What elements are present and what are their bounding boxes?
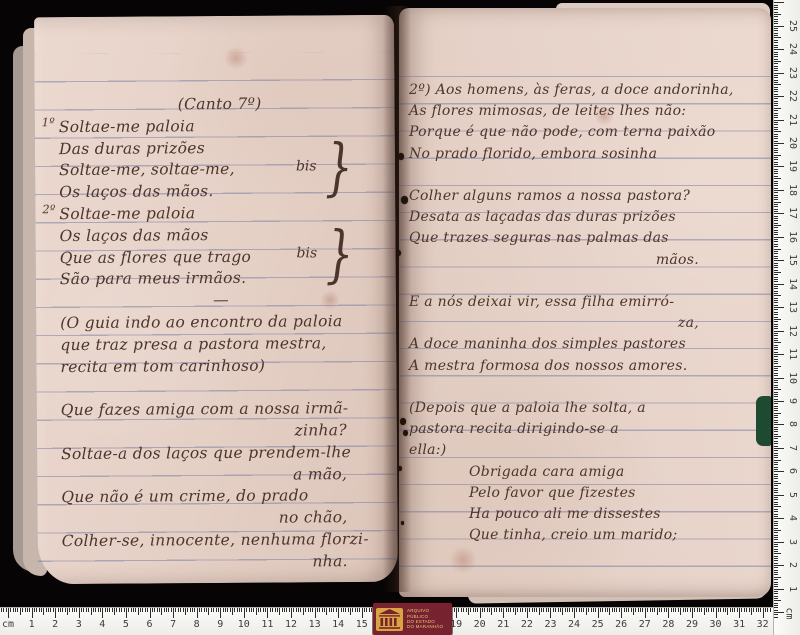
- handwritten-text: mãos.: [656, 252, 699, 268]
- ruler-tick: [774, 103, 778, 104]
- ruler-number: 2: [786, 557, 798, 573]
- ruler-number: 10: [235, 619, 253, 630]
- right-ruler: cm 1234567891011121314151617181920212223…: [773, 0, 800, 635]
- ruler-number: 4: [786, 510, 798, 526]
- ruler-tick: [72, 608, 73, 612]
- ruler-tick: [774, 298, 778, 299]
- ruler-tick: [774, 270, 778, 271]
- handwritten-line: Colher alguns ramos a nossa pastora?: [409, 186, 761, 207]
- ruler-number: 24: [786, 41, 798, 57]
- ruler-tick: [279, 608, 280, 615]
- ruler-tick: [774, 591, 778, 592]
- ruler-tick: [166, 608, 167, 612]
- ruler-tick: [774, 281, 778, 282]
- handwritten-text: (Canto 7º): [178, 95, 262, 114]
- ruler-tick: [206, 608, 207, 612]
- ruler-tick: [487, 608, 488, 612]
- ruler-tick: [774, 605, 778, 606]
- ruler-number: 12: [282, 619, 300, 630]
- ruler-number: 15: [786, 252, 798, 268]
- ruler-tick: [20, 608, 21, 615]
- ruler-tick: [774, 63, 778, 64]
- ruler-tick: [470, 608, 471, 612]
- ruler-tick: [774, 237, 784, 238]
- handwritten-text: que traz presa a pastora mestra,: [60, 334, 326, 354]
- ruler-tick: [774, 157, 778, 158]
- ruler-tick: [774, 399, 778, 400]
- ruler-tick: [468, 608, 469, 615]
- ruler-number: 24: [565, 619, 583, 630]
- ruler-tick: [774, 523, 778, 524]
- ruler-tick: [251, 608, 252, 612]
- ruler-tick: [131, 608, 132, 612]
- ruler-tick: [774, 40, 778, 41]
- ruler-tick: [774, 460, 781, 461]
- ruler-tick: [774, 113, 778, 114]
- ruler-tick: [774, 617, 778, 618]
- ruler-tick: [333, 608, 334, 612]
- ruler-tick: [774, 579, 778, 580]
- ruler-tick: [602, 608, 603, 612]
- ruler-tick: [60, 608, 61, 612]
- handwritten-text: Colher alguns ramos a nossa pastora?: [409, 188, 690, 204]
- ruler-tick: [774, 223, 778, 224]
- ruler-tick: [216, 608, 217, 612]
- ruler-tick: [774, 122, 778, 123]
- ruler-tick: [774, 603, 778, 604]
- ink-blob: [401, 521, 404, 525]
- green-bookmark-edge: [756, 396, 771, 446]
- ruler-tick: [480, 608, 481, 618]
- ruler-tick: [774, 277, 778, 278]
- ruler-number: 32: [754, 619, 772, 630]
- ruler-tick: [774, 45, 778, 46]
- ruler-tick: [774, 443, 778, 444]
- ruler-tick: [774, 495, 784, 496]
- ruler-tick: [774, 593, 778, 594]
- ruler-tick: [282, 608, 283, 612]
- ruler-tick: [774, 319, 781, 320]
- ruler-tick: [774, 12, 778, 13]
- ruler-tick: [609, 608, 610, 615]
- ruler-tick: [774, 49, 784, 50]
- ruler-tick: [22, 608, 23, 612]
- ruler-tick: [331, 608, 332, 612]
- ruler-tick: [135, 608, 136, 612]
- ruler-tick: [232, 608, 233, 615]
- ruler-tick: [17, 608, 18, 612]
- ruler-tick: [98, 608, 99, 612]
- ruler-tick: [774, 105, 778, 106]
- ruler-tick: [668, 608, 669, 618]
- ruler-tick: [774, 584, 778, 585]
- ruler-tick: [246, 608, 247, 612]
- handwritten-text: Soltae-me paloia: [59, 204, 195, 223]
- ruler-tick: [706, 608, 707, 612]
- ruler-tick: [774, 335, 778, 336]
- handwritten-text: (O guia indo ao encontro da paloia: [60, 312, 342, 332]
- ruler-tick: [774, 199, 778, 200]
- ruler-tick: [645, 608, 646, 618]
- ruler-tick: [685, 608, 686, 612]
- ruler-tick: [774, 347, 778, 348]
- handwritten-line: nha.: [62, 551, 384, 575]
- ruler-tick: [774, 5, 778, 6]
- ruler-tick: [774, 553, 781, 554]
- ruler-tick: [197, 608, 198, 618]
- ruler-tick: [774, 572, 778, 573]
- ruler-tick: [774, 267, 778, 268]
- ruler-tick: [774, 284, 784, 285]
- ruler-tick: [774, 115, 778, 116]
- ruler-tick: [774, 356, 778, 357]
- ruler-tick: [774, 54, 778, 55]
- ruler-number: 7: [786, 440, 798, 456]
- ruler-tick: [65, 608, 66, 612]
- handwritten-text: As flores mimosas, de leites lhes não:: [409, 103, 686, 119]
- ruler-tick: [774, 87, 778, 88]
- ruler-tick: [774, 204, 778, 205]
- ruler-tick: [50, 608, 51, 612]
- ruler-tick: [701, 608, 702, 612]
- ruler-tick: [29, 608, 30, 612]
- handwritten-line: Que tinha, creio um marido;: [409, 525, 761, 546]
- ruler-tick: [774, 162, 778, 163]
- ruler-tick: [774, 260, 784, 261]
- ink-blob: [398, 466, 402, 471]
- handwritten-text: São para meus irmãos.: [60, 269, 247, 288]
- handwritten-line: Obrigada cara amiga: [409, 462, 761, 483]
- ruler-tick: [34, 608, 35, 612]
- handwritten-line: mãos.: [409, 250, 761, 271]
- ruler-tick: [168, 608, 169, 612]
- ruler-tick: [774, 14, 781, 15]
- handwritten-text: A doce maninha dos simples pastores: [409, 336, 686, 352]
- ruler-tick: [607, 608, 608, 612]
- ruler-number: 8: [786, 416, 798, 432]
- handwritten-line: No prado florido, embora sosinha: [409, 144, 761, 165]
- ruler-tick: [501, 608, 502, 612]
- ruler-tick: [126, 608, 127, 618]
- ruler-tick: [734, 608, 735, 612]
- ruler-tick: [774, 197, 778, 198]
- handwritten-text: zinha?: [294, 421, 347, 439]
- ruler-number: 31: [730, 619, 748, 630]
- ruler-tick: [227, 608, 228, 612]
- ruler-tick: [694, 608, 695, 612]
- ruler-number: 26: [612, 619, 630, 630]
- ruler-tick: [760, 608, 761, 612]
- handwritten-line: [61, 376, 383, 400]
- ruler-tick: [491, 608, 492, 615]
- building-icon: [376, 608, 403, 631]
- ruler-tick: [39, 608, 40, 612]
- ruler-tick: [774, 478, 778, 479]
- ruler-tick: [74, 608, 75, 612]
- ruler-number: 7: [164, 619, 182, 630]
- ruler-number: 22: [786, 88, 798, 104]
- ruler-tick: [774, 37, 781, 38]
- ruler-tick: [300, 608, 301, 612]
- ruler-tick: [774, 333, 778, 334]
- ruler-number: 9: [211, 619, 229, 630]
- handwritten-line: Desata as laçadas das duras prizões: [409, 207, 761, 228]
- ruler-tick: [774, 366, 781, 367]
- ruler-tick: [324, 608, 325, 612]
- ruler-tick: [357, 608, 358, 612]
- ruler-tick: [774, 462, 778, 463]
- ruler-tick: [605, 608, 606, 612]
- ruler-tick: [595, 608, 596, 612]
- bis-label: bis: [296, 159, 317, 175]
- ruler-tick: [774, 127, 778, 128]
- ruler-tick: [503, 608, 504, 618]
- ruler-tick: [774, 614, 778, 615]
- handwritten-line: ella:): [409, 440, 761, 461]
- ruler-tick: [774, 110, 778, 111]
- ruler-tick: [737, 608, 738, 612]
- ruler-tick: [774, 596, 778, 597]
- ruler-tick: [543, 608, 544, 612]
- ruler-number: 14: [786, 276, 798, 292]
- ruler-tick: [593, 608, 594, 612]
- ruler-tick: [296, 608, 297, 612]
- ruler-tick: [517, 608, 518, 612]
- ruler-tick: [352, 608, 353, 612]
- ruler-tick: [53, 608, 54, 612]
- ruler-tick: [713, 608, 714, 612]
- handwritten-text: Das duras prizões: [59, 139, 205, 158]
- ruler-tick: [749, 608, 750, 612]
- ruler-tick: [499, 608, 500, 612]
- handwritten-text: No prado florido, embora sosinha: [409, 146, 657, 162]
- handwritten-line: za,: [409, 313, 761, 334]
- ruler-tick: [774, 422, 778, 423]
- ruler-tick: [774, 225, 781, 226]
- ruler-tick: [774, 42, 778, 43]
- ruler-tick: [774, 190, 784, 191]
- ruler-tick: [322, 608, 323, 612]
- ruler-tick: [114, 608, 115, 615]
- ruler-tick: [178, 608, 179, 612]
- ruler-tick: [774, 288, 778, 289]
- ruler-tick: [614, 608, 615, 612]
- ruler-tick: [315, 608, 316, 618]
- ruler-tick: [770, 608, 771, 612]
- ruler-tick: [774, 582, 778, 583]
- ruler-tick: [546, 608, 547, 612]
- ruler-tick: [774, 216, 778, 217]
- ruler-tick: [774, 387, 778, 388]
- ruler-tick: [774, 450, 778, 451]
- ruler-tick: [774, 499, 778, 500]
- ruler-tick: [522, 608, 523, 612]
- ruler-tick: [774, 518, 784, 519]
- ruler-tick: [239, 608, 240, 612]
- ruler-number: 2: [46, 619, 64, 630]
- handwritten-line: Colher-se, innocente, nenhuma florzi-: [62, 529, 384, 553]
- ruler-tick: [774, 312, 778, 313]
- ruler-number: 11: [786, 346, 798, 362]
- ruler-tick: [41, 608, 42, 612]
- ruler-tick: [723, 608, 724, 612]
- ruler-tick: [25, 608, 26, 612]
- archive-logo: ARQUIVO PÚBLICO DO ESTADO DO MARANHÃO: [373, 603, 452, 635]
- ruler-tick: [774, 434, 778, 435]
- ruler-tick: [774, 378, 784, 379]
- ruler-tick: [58, 608, 59, 612]
- ruler-number: 4: [93, 619, 111, 630]
- ruler-tick: [774, 209, 778, 210]
- ruler-tick: [272, 608, 273, 612]
- ruler-number: 16: [786, 229, 798, 245]
- ruler-tick: [263, 608, 264, 612]
- ruler-tick: [774, 73, 784, 74]
- ruler-tick: [774, 246, 778, 247]
- ruler-tick: [525, 608, 526, 612]
- ruler-tick: [774, 52, 778, 53]
- ruler-tick: [774, 7, 778, 8]
- ruler-tick: [774, 502, 778, 503]
- ruler-tick: [270, 608, 271, 612]
- ruler-tick: [109, 608, 110, 612]
- ruler-tick: [93, 608, 94, 612]
- bottom-ruler-unit-label: cm: [2, 619, 14, 630]
- ruler-tick: [774, 80, 778, 81]
- ruler-tick: [666, 608, 667, 612]
- ruler-tick: [275, 608, 276, 612]
- ruler-tick: [55, 608, 56, 618]
- ruler-tick: [774, 345, 778, 346]
- ruler-tick: [81, 608, 82, 612]
- ruler-tick: [102, 608, 103, 618]
- ruler-tick: [774, 525, 778, 526]
- handwritten-line: Soltae-a dos laços que prendem-lhe: [61, 442, 383, 466]
- ruler-tick: [3, 608, 4, 612]
- ruler-tick: [345, 608, 346, 612]
- ruler-tick: [774, 368, 778, 369]
- ruler-tick: [774, 145, 778, 146]
- ruler-tick: [293, 608, 294, 612]
- ruler-tick: [774, 21, 778, 22]
- ruler-number: 6: [141, 619, 159, 630]
- right-page-text: 2º) Aos homens, às feras, a doce andorin…: [409, 80, 761, 597]
- handwritten-line: Pelo favor que fizestes: [409, 483, 761, 504]
- ruler-tick: [774, 253, 778, 254]
- ink-blob: [403, 430, 408, 436]
- ruler-tick: [154, 608, 155, 612]
- ruler-tick: [586, 608, 587, 615]
- handwritten-text: Que fazes amiga com a nossa irmã-: [61, 399, 349, 419]
- ruler-tick: [774, 124, 778, 125]
- ruler-tick: [774, 192, 778, 193]
- ruler-tick: [774, 56, 778, 57]
- ruler-tick: [774, 342, 781, 343]
- ruler-tick: [107, 608, 108, 612]
- ruler-tick: [458, 608, 459, 612]
- handwritten-line: (Canto 7º): [59, 93, 381, 117]
- ruler-tick: [774, 302, 778, 303]
- ruler-tick: [128, 608, 129, 612]
- ruler-tick: [32, 608, 33, 618]
- ruler-tick: [532, 608, 533, 612]
- handwritten-text: Que tinha, creio um marido;: [469, 527, 678, 543]
- ruler-tick: [774, 300, 778, 301]
- ruler-tick: [774, 394, 778, 395]
- ruler-tick: [305, 608, 306, 612]
- ruler-tick: [572, 608, 573, 612]
- ruler-tick: [244, 608, 245, 618]
- ruler-tick: [774, 600, 781, 601]
- ruler-tick: [456, 608, 457, 618]
- handwritten-line: E a nós deixai vir, essa filha emirró-: [409, 292, 761, 313]
- paper-stain: [449, 546, 477, 574]
- ruler-tick: [774, 164, 778, 165]
- ruler-tick: [774, 492, 778, 493]
- ruler-tick: [774, 457, 778, 458]
- ruler-tick: [774, 66, 778, 67]
- handwritten-text: ella:): [409, 442, 447, 458]
- brace-glyph: }: [325, 134, 353, 200]
- ruler-tick: [69, 608, 70, 612]
- ruler-tick: [88, 608, 89, 612]
- handwritten-line: Que não é um crime, do prado: [61, 485, 383, 509]
- ruler-tick: [774, 61, 781, 62]
- ruler-tick: [673, 608, 674, 612]
- ruler-tick: [312, 608, 313, 612]
- ruler-tick: [83, 608, 84, 612]
- handwritten-line: no chão,: [61, 507, 383, 531]
- ruler-tick: [774, 441, 778, 442]
- ruler-tick: [774, 474, 778, 475]
- ruler-tick: [774, 455, 778, 456]
- ruler-tick: [774, 563, 778, 564]
- ruler-tick: [774, 68, 778, 69]
- ruler-tick: [187, 608, 188, 612]
- ruler-tick: [67, 608, 68, 615]
- ruler-number: 8: [188, 619, 206, 630]
- ruler-tick: [157, 608, 158, 612]
- ruler-tick: [774, 101, 778, 102]
- ruler-tick: [265, 608, 266, 612]
- ruler-tick: [774, 370, 778, 371]
- ruler-number: 10: [786, 370, 798, 386]
- ruler-tick: [741, 608, 742, 612]
- ruler-tick: [774, 98, 778, 99]
- handwritten-line: Porque é que não pode, com terna paixão: [409, 122, 761, 143]
- ruler-tick: [152, 608, 153, 612]
- ruler-tick: [774, 84, 781, 85]
- ruler-tick: [774, 141, 778, 142]
- scanned-notebook-photo: (Canto 7º)1ºSoltae-me paloiaDas duras pr…: [0, 0, 800, 635]
- ruler-tick: [510, 608, 511, 612]
- ruler-tick: [475, 608, 476, 612]
- ruler-number: 13: [786, 299, 798, 315]
- ruler-tick: [774, 567, 778, 568]
- ruler-tick: [541, 608, 542, 612]
- right-ruler-unit-label: cm: [784, 607, 795, 619]
- ruler-tick: [774, 291, 778, 292]
- handwritten-text: a mão,: [293, 465, 347, 483]
- ruler-tick: [774, 403, 778, 404]
- ruler-tick: [185, 608, 186, 615]
- handwritten-text: Que não é um crime, do prado: [61, 487, 308, 507]
- paper-stain: [594, 106, 614, 126]
- ruler-tick: [477, 608, 478, 612]
- ruler-tick: [355, 608, 356, 612]
- ruler-tick: [774, 249, 781, 250]
- ruler-tick: [716, 608, 717, 618]
